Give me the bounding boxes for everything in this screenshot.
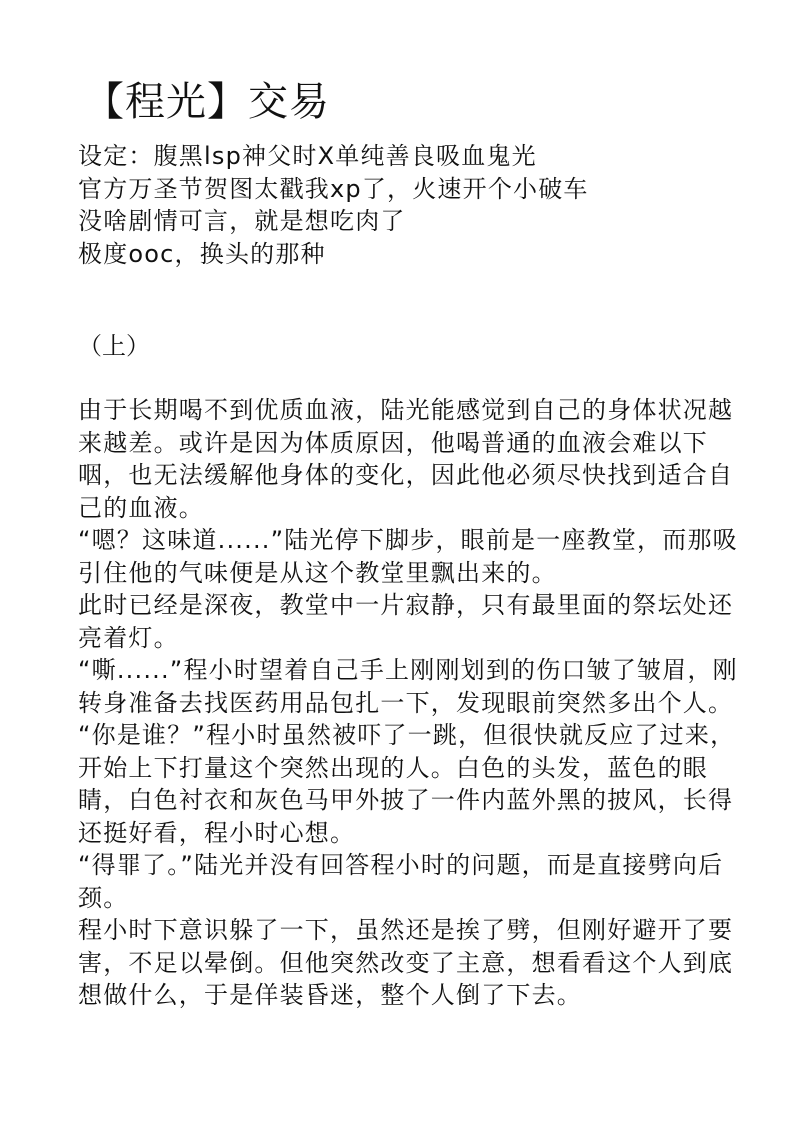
body-line: “你是谁？”程小时虽然被吓了一跳，但很快就反应了过来， [78,719,738,752]
body-line: 睛，白色衬衣和灰色马甲外披了一件内蓝外黑的披风，长得 [78,784,738,817]
body-line: 由于长期喝不到优质血液，陆光能感觉到自己的身体状况越 [78,394,738,427]
body-line: 开始上下打量这个突然出现的人。白色的头发，蓝色的眼 [78,752,738,785]
body-line: 想做什么，于是佯装昏迷，整个人倒了下去。 [78,979,738,1012]
body-line: 转身准备去找医药用品包扎一下，发现眼前突然多出个人。 [78,687,738,720]
body-line: “嘶......”程小时望着自己手上刚刚划到的伤口皱了皱眉，刚 [78,654,738,687]
body-line: 来越差。或许是因为体质原因，他喝普通的血液会难以下 [78,427,738,460]
header-line: 极度ooc，换头的那种 [78,238,589,271]
body-line: 颈。 [78,882,738,915]
body-line: 程小时下意识躲了一下，虽然还是挨了劈，但刚好避开了要 [78,914,738,947]
body-line: 己的血液。 [78,492,738,525]
header-line: 没啥剧情可言，就是想吃肉了 [78,205,589,238]
body-text: 由于长期喝不到优质血液，陆光能感觉到自己的身体状况越 来越差。或许是因为体质原因… [78,394,738,1012]
body-line: 还挺好看，程小时心想。 [78,817,738,850]
body-line: “得罪了。”陆光并没有回答程小时的问题，而是直接劈向后 [78,849,738,882]
header-notes: 设定：腹黑lsp神父时X单纯善良吸血鬼光 官方万圣节贺图太戳我xp了，火速开个小… [78,140,589,270]
header-line: 官方万圣节贺图太戳我xp了，火速开个小破车 [78,173,589,206]
body-line: 此时已经是深夜，教堂中一片寂静，只有最里面的祭坛处还 [78,589,738,622]
body-line: 咽，也无法缓解他身体的变化，因此他必须尽快找到适合自 [78,459,738,492]
body-line: 引住他的气味便是从这个教堂里飘出来的。 [78,557,738,590]
header-line: 设定：腹黑lsp神父时X单纯善良吸血鬼光 [78,140,589,173]
document-title: 【程光】交易 [84,76,330,128]
body-line: 害，不足以晕倒。但他突然改变了主意，想看看这个人到底 [78,947,738,980]
body-line: “嗯？这味道......”陆光停下脚步，眼前是一座教堂，而那吸 [78,524,738,557]
section-label: （上） [78,330,150,362]
body-line: 亮着灯。 [78,622,738,655]
